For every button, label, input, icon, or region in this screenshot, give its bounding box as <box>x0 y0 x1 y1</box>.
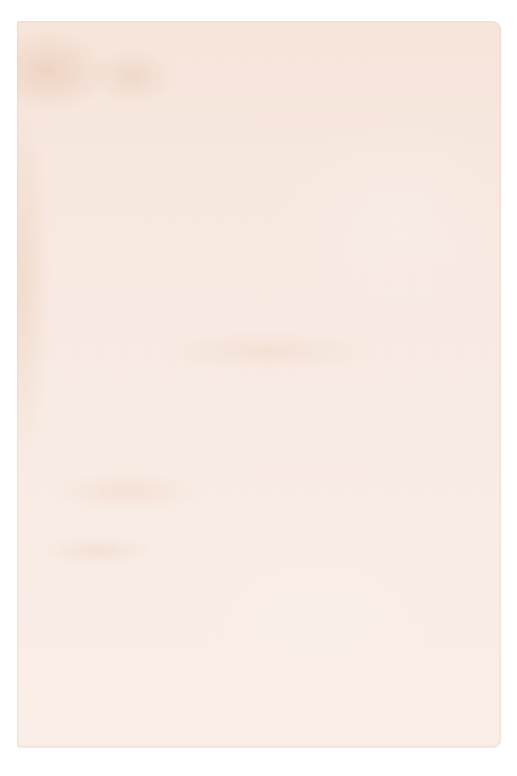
image-description: Plain cream blush shaggy rectangular rug… <box>17 21 18 22</box>
rug-photo: Plain cream blush shaggy rectangular rug… <box>17 21 501 747</box>
